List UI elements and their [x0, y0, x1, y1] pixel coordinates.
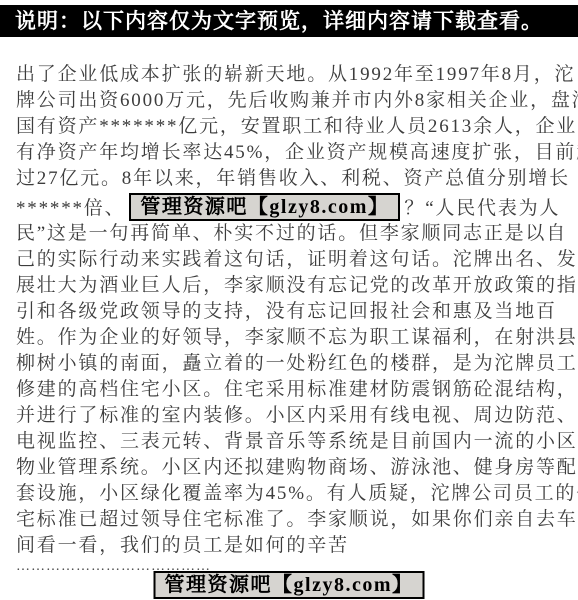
- body-text-line: 套设施，小区绿化覆盖率为45%。有人质疑，沱牌公司员工的住: [16, 481, 572, 507]
- body-text-line: 引和各级党政领导的支持，没有忘记回报社会和惠及当地百: [16, 299, 572, 325]
- document-preview-page: 说明：以下内容仅为文字预览，详细内容请下载查看。 出了企业低成本扩张的崭新天地。…: [0, 0, 578, 600]
- body-text-line: 牌公司出资6000万元，先后收购兼并市内外8家相关企业，盘活: [16, 88, 572, 114]
- watermark-badge-bottom: 管理资源吧【glzy8.com】: [154, 571, 425, 599]
- body-text-segment: ？“人民代表为人: [404, 193, 560, 220]
- body-text-line: 国有资产*******亿元，安置职工和待业人员2613余人，企业国: [16, 114, 572, 140]
- body-text-line: 姓。作为企业的好领导，李家顺不忘为职工谋福利，在射洪县: [16, 325, 572, 351]
- body-text-line-with-watermark: ******倍、 管理资源吧【glzy8.com】 ？“人民代表为人: [16, 192, 572, 221]
- document-body: 出了企业低成本扩张的崭新天地。从1992年至1997年8月，沱 牌公司出资600…: [16, 62, 572, 577]
- preview-notice-banner: 说明：以下内容仅为文字预览，详细内容请下载查看。: [0, 5, 578, 37]
- body-text-line: 电视监控、三表元转、背景音乐等系统是目前国内一流的小区: [16, 429, 572, 455]
- watermark-badge-inline: 管理资源吧【glzy8.com】: [129, 193, 400, 221]
- body-text-segment: ******倍、: [16, 193, 125, 220]
- body-text-line: 并进行了标准的室内装修。小区内采用有线电视、周边防范、: [16, 403, 572, 429]
- body-text-line: 修建的高档住宅小区。住宅采用标准建材防震钢筋砼混结构，: [16, 377, 572, 403]
- body-text-line: 己的实际行动来实践着这句话，证明着这句话。沱牌出名、发: [16, 247, 572, 273]
- body-text-line: 出了企业低成本扩张的崭新天地。从1992年至1997年8月，沱: [16, 62, 572, 88]
- body-text-line: 民”这是一句再简单、朴实不过的话。但李家顺同志正是以自: [16, 221, 572, 247]
- body-text-line: 展壮大为酒业巨人后，李家顺没有忘记党的改革开放政策的指: [16, 273, 572, 299]
- body-text-line: 间看一看，我们的员工是如何的辛苦: [16, 533, 572, 559]
- body-text-line: 物业管理系统。小区内还拟建购物商场、游泳池、健身房等配: [16, 455, 572, 481]
- body-text-line: 过27亿元。8年以来，年销售收入、利税、资产总值分别增长: [16, 166, 572, 192]
- body-text-line: 柳树小镇的南面，矗立着的一处粉红色的楼群，是为沱牌员工: [16, 351, 572, 377]
- body-text-line: 有净资产年均增长率达45%，企业资产规模高速度扩张，目前超: [16, 140, 572, 166]
- body-text-line: 宅标准已超过领导住宅标准了。李家顺说，如果你们亲自去车: [16, 507, 572, 533]
